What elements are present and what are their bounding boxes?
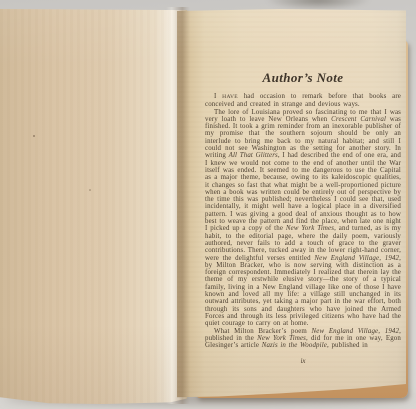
left-blank-page (0, 7, 187, 404)
author-note-title: Author’s Note (205, 70, 401, 86)
paper-speck (33, 135, 35, 137)
page-number: ix (205, 357, 401, 365)
right-page: Author’s Note I HAVE had occasion to rem… (177, 9, 406, 398)
page-content: Author’s Note I HAVE had occasion to rem… (205, 70, 401, 365)
paper-speck (89, 189, 91, 191)
paragraph: I HAVE had occasion to remark before tha… (205, 93, 401, 109)
paragraph: The lore of Louisiana proved so fascinat… (205, 109, 401, 328)
paragraph: What Milton Bracker’s poem New England V… (205, 328, 401, 350)
photo-of-open-book: { "palette": { "surface": "#d4d2cf", "pa… (0, 0, 416, 409)
body-text: I HAVE had occasion to remark before tha… (205, 93, 401, 349)
